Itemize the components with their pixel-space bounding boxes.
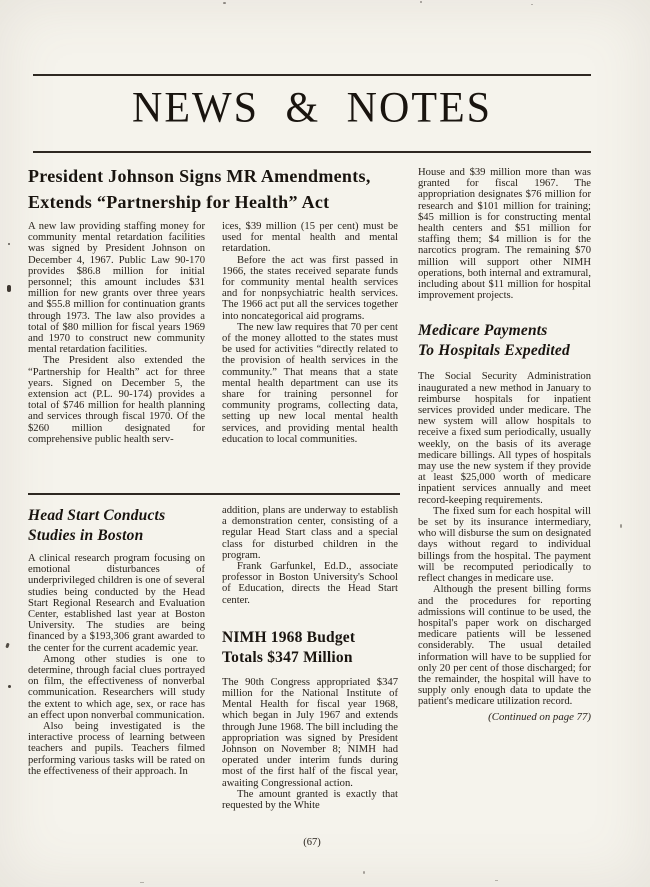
scan-speck xyxy=(531,4,533,5)
right-column: House and $39 million more than was gran… xyxy=(418,167,591,723)
lead-article-paragraph: A new law providing staffing money for c… xyxy=(28,221,205,355)
scan-speck xyxy=(363,871,365,874)
lead-article-paragraph: ices, $39 million (15 per cent) must be … xyxy=(222,221,398,255)
lead-article-paragraph: The new law requires that 70 per cent of… xyxy=(222,322,398,445)
medicare-article-title-line1: Medicare Payments xyxy=(418,321,591,341)
head-start-paragraph: Frank Garfunkel, Ed.D., associate profes… xyxy=(222,561,398,606)
lead-article-column-2: ices, $39 million (15 per cent) must be … xyxy=(222,221,398,445)
nimh-title-line2: Totals $347 Million xyxy=(222,648,398,668)
medicare-article-paragraph: Although the present billing forms and t… xyxy=(418,584,591,707)
lead-article-paragraph: The President also extended the “Partner… xyxy=(28,355,205,445)
scan-speck xyxy=(7,285,11,292)
medicare-article-title: Medicare Payments To Hospitals Expedited xyxy=(418,321,591,360)
lead-article-paragraph: Before the act was first passed in 1966,… xyxy=(222,255,398,322)
head-start-paragraph: addition, plans are underway to establis… xyxy=(222,505,398,561)
nimh-article-paragraph: The 90th Congress appropriated $347 mill… xyxy=(222,677,398,789)
journal-page: NEWS & NOTES President Johnson Signs MR … xyxy=(0,0,650,887)
page-number: (67) xyxy=(33,837,591,848)
masthead-title: NEWS & NOTES xyxy=(33,83,591,133)
center-bottom-column: addition, plans are underway to establis… xyxy=(222,505,398,811)
head-start-title-line1: Head Start Conducts xyxy=(28,506,205,526)
scan-speck xyxy=(223,2,226,4)
scan-speck xyxy=(8,685,11,688)
scan-speck xyxy=(140,882,144,883)
section-divider-rule xyxy=(28,493,400,495)
lead-article-title-line2: Extends “Partnership for Health” Act xyxy=(28,189,406,215)
scan-speck xyxy=(495,880,498,881)
lead-article-column-1: A new law providing staffing money for c… xyxy=(28,221,205,445)
nimh-article-paragraph: House and $39 million more than was gran… xyxy=(418,167,591,301)
masthead-rule-bottom xyxy=(33,151,591,153)
nimh-article-paragraph: The amount granted is exactly that reque… xyxy=(222,789,398,811)
medicare-article-title-line2: To Hospitals Expedited xyxy=(418,341,591,361)
scan-speck xyxy=(8,243,10,245)
continued-note: (Continued on page 77) xyxy=(418,712,591,723)
head-start-paragraph: Among other studies is one to determine,… xyxy=(28,654,205,721)
head-start-title-line2: Studies in Boston xyxy=(28,526,205,546)
lead-article-title-line1: President Johnson Signs MR Amendments, xyxy=(28,163,406,189)
medicare-article-paragraph: The fixed sum for each hospital will be … xyxy=(418,506,591,584)
scan-speck xyxy=(420,1,422,3)
head-start-paragraph: A clinical research program focusing on … xyxy=(28,553,205,654)
head-start-article-title: Head Start Conducts Studies in Boston xyxy=(28,506,205,545)
medicare-article-paragraph: The Social Security Administration inaug… xyxy=(418,371,591,505)
head-start-paragraph: Also being investigated is the interacti… xyxy=(28,721,205,777)
scan-speck xyxy=(5,643,9,649)
masthead-rule-top xyxy=(33,74,591,76)
head-start-column-1: Head Start Conducts Studies in Boston A … xyxy=(28,506,205,777)
nimh-title-line1: NIMH 1968 Budget xyxy=(222,628,398,648)
scan-speck xyxy=(620,524,622,528)
nimh-article-title: NIMH 1968 Budget Totals $347 Million xyxy=(222,628,398,668)
lead-article-title: President Johnson Signs MR Amendments, E… xyxy=(28,163,406,215)
